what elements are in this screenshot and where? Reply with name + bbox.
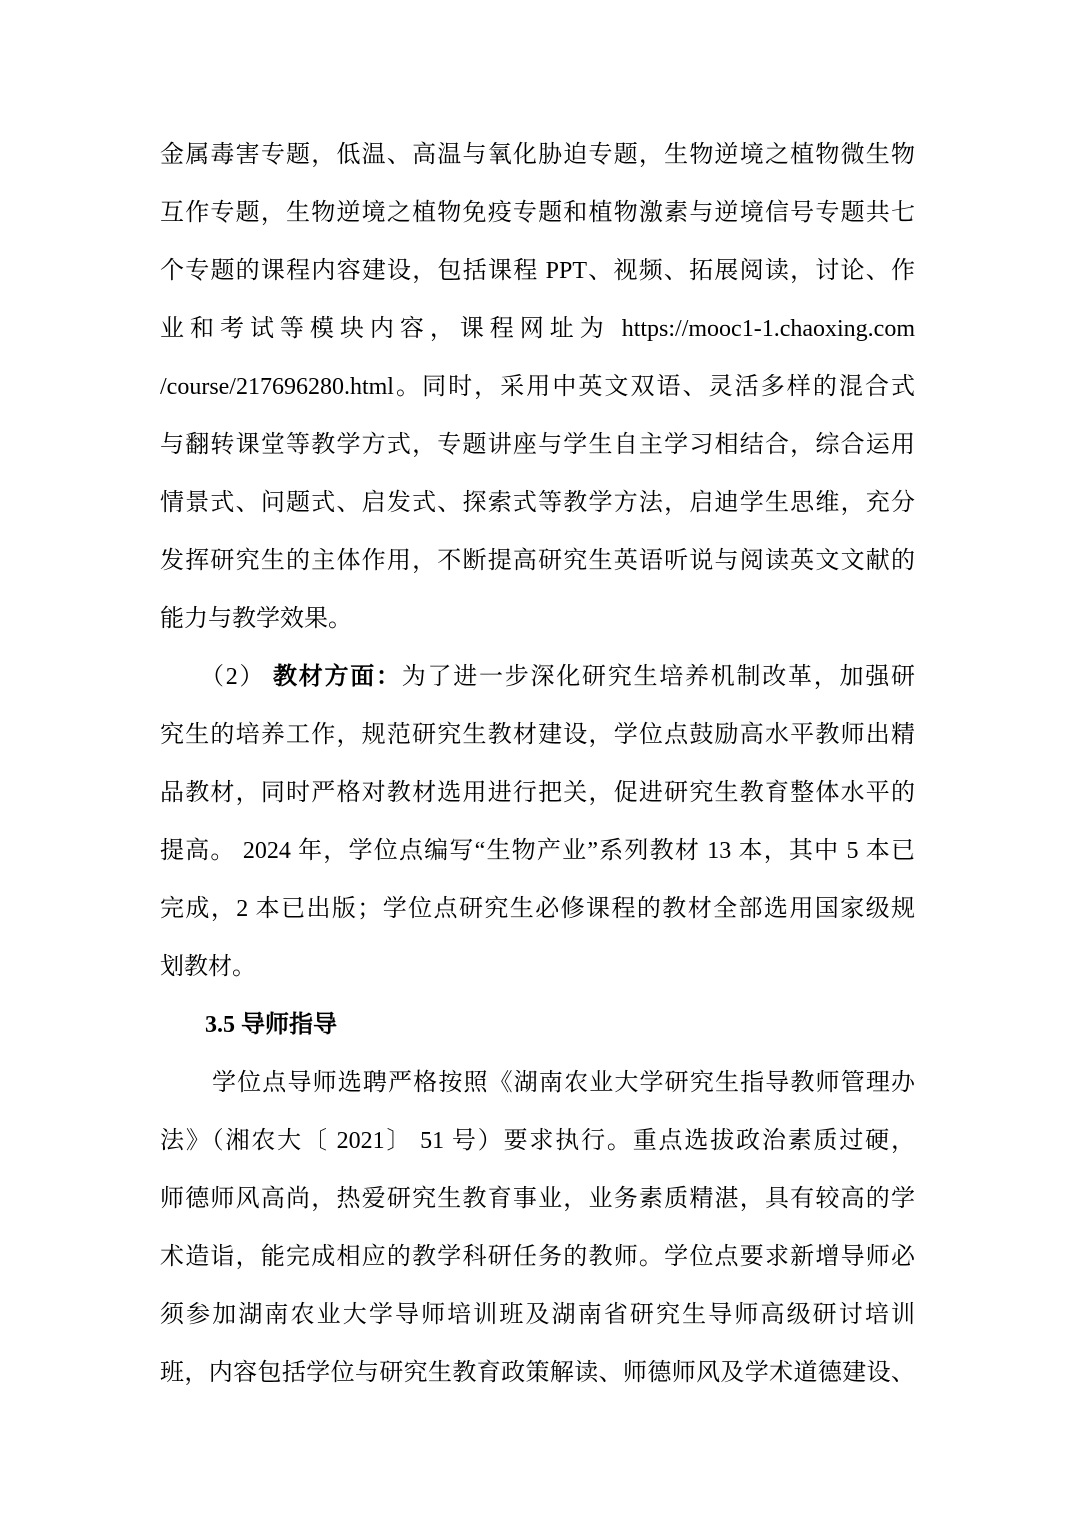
text-run: 究生的培养工作，规范研究生教材建设，学位点鼓励高水平教师出精 (160, 722, 915, 748)
text-line: 完成，2 本已出版；学位点研究生必修课程的教材全部选用国家级规 (160, 880, 915, 938)
text-run: 提高。 2024 年，学位点编写“生物产业”系列教材 13 本，其中 5 本已 (160, 838, 915, 864)
text-line: 须参加湖南农业大学导师培训班及湖南省研究生导师高级研讨培训 (160, 1286, 915, 1344)
paragraph-course-construction: 金属毒害专题，低温、高温与氧化胁迫专题，生物逆境之植物微生物互作专题，生物逆境之… (160, 126, 915, 648)
paragraph-textbooks: （2） 教材方面：为了进一步深化研究生培养机制改革，加强研究生的培养工作，规范研… (160, 648, 915, 996)
text-line: 互作专题，生物逆境之植物免疫专题和植物激素与逆境信号专题共七 (160, 184, 915, 242)
text-line: 金属毒害专题，低温、高温与氧化胁迫专题，生物逆境之植物微生物 (160, 126, 915, 184)
text-line: 术造诣，能完成相应的教学科研任务的教师。学位点要求新增导师必 (160, 1228, 915, 1286)
section-heading-3-5: 3.5 导师指导 (160, 996, 915, 1054)
text-run: 为了进一步深化研究生培养机制改革，加强研 (402, 664, 915, 690)
text-line: 划教材。 (160, 938, 915, 996)
text-run: /course/217696280.html。同时，采用中英文双语、灵活多样的混… (160, 374, 915, 400)
text-run: 须参加湖南农业大学导师培训班及湖南省研究生导师高级研讨培训 (160, 1302, 915, 1328)
text-line: 提高。 2024 年，学位点编写“生物产业”系列教材 13 本，其中 5 本已 (160, 822, 915, 880)
text-line: 发挥研究生的主体作用，不断提高研究生英语听说与阅读英文文献的 (160, 532, 915, 590)
text-line: 能力与教学效果。 (160, 590, 915, 648)
document-body: 金属毒害专题，低温、高温与氧化胁迫专题，生物逆境之植物微生物互作专题，生物逆境之… (160, 126, 915, 1402)
bold-text-run: 教材方面： (273, 664, 402, 690)
text-run: 业和考试等模块内容，课程网址为 https://mooc1-1.chaoxing… (160, 316, 915, 342)
text-line: 品教材，同时严格对教材选用进行把关，促进研究生教育整体水平的 (160, 764, 915, 822)
text-run: 发挥研究生的主体作用，不断提高研究生英语听说与阅读英文文献的 (160, 548, 915, 574)
text-line: 班，内容包括学位与研究生教育政策解读、师德师风及学术道德建设、 (160, 1344, 915, 1402)
text-run: 法》（湘农大〔 2021〕 51 号）要求执行。重点选拔政治素质过硬， (160, 1128, 915, 1154)
text-line: 业和考试等模块内容，课程网址为 https://mooc1-1.chaoxing… (160, 300, 915, 358)
text-run: 能力与教学效果。 (160, 606, 352, 632)
text-run: 情景式、问题式、启发式、探索式等教学方法，启迪学生思维，充分 (160, 490, 915, 516)
text-run: 师德师风高尚，热爱研究生教育事业，业务素质精湛，具有较高的学 (160, 1186, 915, 1212)
text-run: 金属毒害专题，低温、高温与氧化胁迫专题，生物逆境之植物微生物 (160, 142, 915, 168)
text-line: （2） 教材方面：为了进一步深化研究生培养机制改革，加强研 (160, 648, 915, 706)
text-line: 学位点导师选聘严格按照《湖南农业大学研究生指导教师管理办 (160, 1054, 915, 1112)
text-line: /course/217696280.html。同时，采用中英文双语、灵活多样的混… (160, 358, 915, 416)
paragraph-supervisor-selection: 学位点导师选聘严格按照《湖南农业大学研究生指导教师管理办法》（湘农大〔 2021… (160, 1054, 915, 1402)
document-page: 金属毒害专题，低温、高温与氧化胁迫专题，生物逆境之植物微生物互作专题，生物逆境之… (0, 0, 1074, 1520)
text-run: 完成，2 本已出版；学位点研究生必修课程的教材全部选用国家级规 (160, 896, 915, 922)
text-run: （2） (200, 664, 273, 690)
text-run: 个专题的课程内容建设，包括课程 PPT、视频、拓展阅读，讨论、作 (160, 258, 915, 284)
text-run: 与翻转课堂等教学方式，专题讲座与学生自主学习相结合，综合运用 (160, 432, 915, 458)
text-line: 法》（湘农大〔 2021〕 51 号）要求执行。重点选拔政治素质过硬， (160, 1112, 915, 1170)
text-run: 互作专题，生物逆境之植物免疫专题和植物激素与逆境信号专题共七 (160, 200, 915, 226)
bold-text-run: 3.5 导师指导 (205, 1012, 337, 1038)
text-run: 划教材。 (160, 954, 256, 980)
text-line: 究生的培养工作，规范研究生教材建设，学位点鼓励高水平教师出精 (160, 706, 915, 764)
text-run: 品教材，同时严格对教材选用进行把关，促进研究生教育整体水平的 (160, 780, 915, 806)
text-line: 个专题的课程内容建设，包括课程 PPT、视频、拓展阅读，讨论、作 (160, 242, 915, 300)
text-line: 与翻转课堂等教学方式，专题讲座与学生自主学习相结合，综合运用 (160, 416, 915, 474)
text-line: 师德师风高尚，热爱研究生教育事业，业务素质精湛，具有较高的学 (160, 1170, 915, 1228)
text-run: 班，内容包括学位与研究生教育政策解读、师德师风及学术道德建设、 (160, 1360, 915, 1386)
text-run: 术造诣，能完成相应的教学科研任务的教师。学位点要求新增导师必 (160, 1244, 915, 1270)
text-run: 学位点导师选聘严格按照《湖南农业大学研究生指导教师管理办 (212, 1070, 915, 1096)
text-line: 3.5 导师指导 (160, 996, 915, 1054)
text-line: 情景式、问题式、启发式、探索式等教学方法，启迪学生思维，充分 (160, 474, 915, 532)
